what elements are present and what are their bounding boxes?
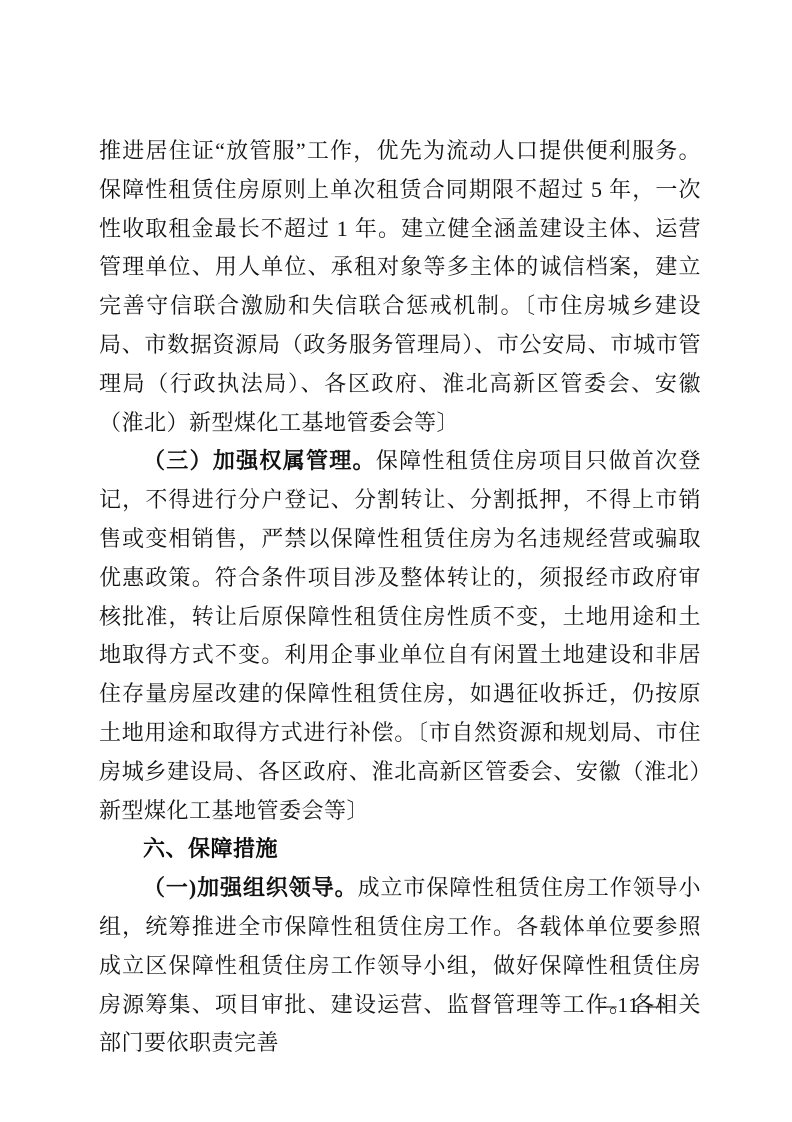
page-number: —11 — bbox=[596, 991, 668, 1019]
body-text-segment: 推进居住证“放管服”工作，优先为流动人口提供便利服务。保障性租赁住房原则上单次租… bbox=[99, 138, 701, 318]
document-body: 推进居住证“放管服”工作，优先为流动人口提供便利服务。保障性租赁住房原则上单次租… bbox=[99, 132, 701, 1063]
paragraph-policy-continuation: 推进居住证“放管服”工作，优先为流动人口提供便利服务。保障性租赁住房原则上单次租… bbox=[99, 132, 701, 442]
body-text-segment: 成立市保障性租赁住房工作领导小组，统筹推进全市保障性租赁住房工作。各载体单位要参… bbox=[99, 875, 701, 1055]
paragraph-section-three: （三）加强权属管理。保障性租赁住房项目只做首次登记，不得进行分户登记、分割转让、… bbox=[99, 442, 701, 830]
subsection-runin-title: （三）加强权属管理。 bbox=[143, 448, 376, 473]
section-heading: 六、保障措施 bbox=[99, 830, 701, 869]
document-page: 推进居住证“放管服”工作，优先为流动人口提供便利服务。保障性租赁住房原则上单次租… bbox=[0, 0, 792, 1122]
body-text-segment: 保障性租赁住房项目只做首次登记，不得进行分户登记、分割转让、分割抵押，不得上市销… bbox=[99, 448, 701, 745]
subsection-runin-title: （一)加强组织领导。 bbox=[143, 875, 358, 900]
paragraph-section-one: （一)加强组织领导。成立市保障性租赁住房工作领导小组，统筹推进全市保障性租赁住房… bbox=[99, 869, 701, 1063]
